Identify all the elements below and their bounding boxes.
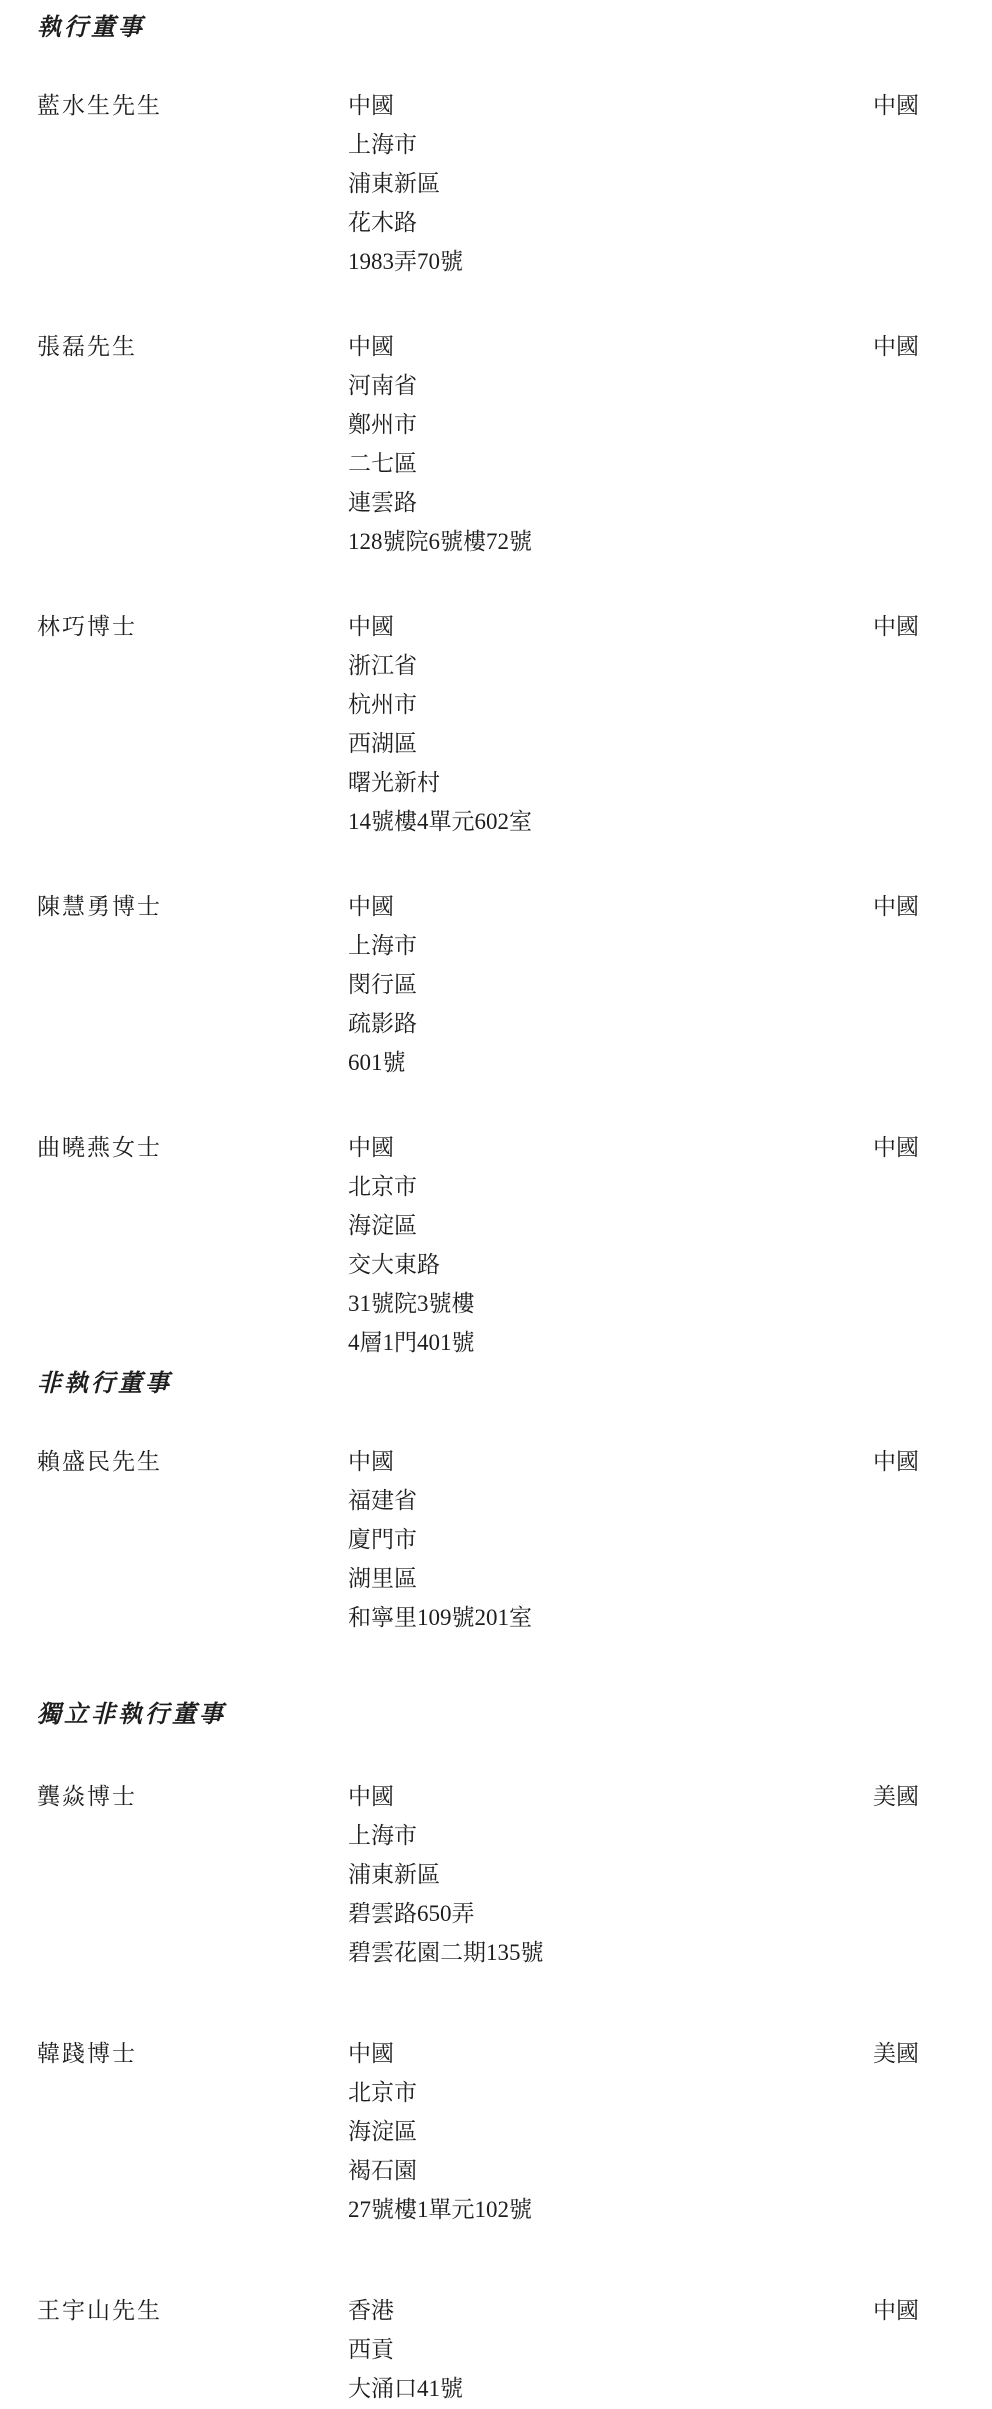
director-nationality: 中國 [873,1128,972,1167]
director-nationality: 中國 [873,887,972,926]
address-line: 福建省 [348,1481,873,1520]
director-address: 中國上海市浦東新區花木路1983弄70號 [348,86,873,281]
section-rows: 賴盛民先生 中國福建省廈門市湖里區和寧里109號201室 中國 [37,1442,972,1637]
director-section: 非執行董事 賴盛民先生 中國福建省廈門市湖里區和寧里109號201室 中國 [37,1364,972,1637]
address-line: 浦東新區 [348,164,873,203]
address-line: 浙江省 [348,646,873,685]
address-line: 疏影路 [348,1004,873,1043]
address-line: 中國 [348,607,873,646]
address-line: 中國 [348,887,873,926]
director-nationality: 中國 [873,1442,972,1481]
director-row: 陳慧勇博士 中國上海市閔行區疏影路601號 中國 [37,887,972,1082]
address-line: 海淀區 [348,1206,873,1245]
director-address: 中國上海市閔行區疏影路601號 [348,887,873,1082]
address-line: 海淀區 [348,2112,873,2151]
director-address: 中國北京市海淀區交大東路31號院3號樓4層1門401號 [348,1128,873,1362]
director-name: 張磊先生 [37,327,348,366]
director-nationality: 美國 [873,1777,972,1816]
director-name: 曲曉燕女士 [37,1128,348,1167]
address-line: 碧雲路650弄 [348,1894,873,1933]
address-line: 連雲路 [348,483,873,522]
director-address: 中國河南省鄭州市二七區連雲路128號院6號樓72號 [348,327,873,561]
address-line: 北京市 [348,1167,873,1206]
director-name: 龔焱博士 [37,1777,348,1816]
address-line: 中國 [348,1442,873,1481]
address-line: 大涌口41號 [348,2369,873,2408]
director-row: 王宇山先生 香港西貢大涌口41號 中國 [37,2291,972,2408]
address-line: 湖里區 [348,1559,873,1598]
director-nationality: 中國 [873,86,972,125]
address-line: 4層1門401號 [348,1323,873,1362]
address-line: 中國 [348,327,873,366]
director-section: 獨立非執行董事 龔焱博士 中國上海市浦東新區碧雲路650弄碧雲花園二期135號 … [37,1695,972,2408]
address-line: 浦東新區 [348,1855,873,1894]
director-name: 王宇山先生 [37,2291,348,2330]
director-name: 藍水生先生 [37,86,348,125]
directors-residence-page: 執行董事 藍水生先生 中國上海市浦東新區花木路1983弄70號 中國 張磊先生 … [0,0,992,2409]
address-line: 和寧里109號201室 [348,1598,873,1637]
address-line: 鄭州市 [348,405,873,444]
address-line: 西湖區 [348,724,873,763]
address-line: 上海市 [348,1816,873,1855]
sections-root: 執行董事 藍水生先生 中國上海市浦東新區花木路1983弄70號 中國 張磊先生 … [37,8,972,2408]
address-line: 廈門市 [348,1520,873,1559]
address-line: 香港 [348,2291,873,2330]
address-line: 閔行區 [348,965,873,1004]
director-row: 龔焱博士 中國上海市浦東新區碧雲路650弄碧雲花園二期135號 美國 [37,1777,972,1972]
director-name: 賴盛民先生 [37,1442,348,1481]
address-line: 北京市 [348,2073,873,2112]
address-line: 褐石園 [348,2151,873,2190]
address-line: 128號院6號樓72號 [348,522,873,561]
director-row: 曲曉燕女士 中國北京市海淀區交大東路31號院3號樓4層1門401號 中國 [37,1128,972,1362]
section-title: 執行董事 [37,8,972,48]
director-nationality: 中國 [873,327,972,366]
director-address: 中國福建省廈門市湖里區和寧里109號201室 [348,1442,873,1637]
address-line: 中國 [348,2034,873,2073]
section-title: 獨立非執行董事 [37,1695,972,1735]
director-address: 中國浙江省杭州市西湖區曙光新村14號樓4單元602室 [348,607,873,841]
director-row: 韓踐博士 中國北京市海淀區褐石園27號樓1單元102號 美國 [37,2034,972,2229]
address-line: 27號樓1單元102號 [348,2190,873,2229]
director-row: 張磊先生 中國河南省鄭州市二七區連雲路128號院6號樓72號 中國 [37,327,972,561]
address-line: 交大東路 [348,1245,873,1284]
director-name: 韓踐博士 [37,2034,348,2073]
address-line: 上海市 [348,926,873,965]
director-name: 陳慧勇博士 [37,887,348,926]
director-nationality: 中國 [873,607,972,646]
director-name: 林巧博士 [37,607,348,646]
section-rows: 藍水生先生 中國上海市浦東新區花木路1983弄70號 中國 張磊先生 中國河南省… [37,86,972,1362]
address-line: 中國 [348,1128,873,1167]
address-line: 河南省 [348,366,873,405]
director-address: 香港西貢大涌口41號 [348,2291,873,2408]
director-section: 執行董事 藍水生先生 中國上海市浦東新區花木路1983弄70號 中國 張磊先生 … [37,8,972,1362]
address-line: 杭州市 [348,685,873,724]
director-nationality: 中國 [873,2291,972,2330]
address-line: 二七區 [348,444,873,483]
address-line: 碧雲花園二期135號 [348,1933,873,1972]
address-line: 中國 [348,1777,873,1816]
section-title: 非執行董事 [37,1364,972,1404]
director-row: 賴盛民先生 中國福建省廈門市湖里區和寧里109號201室 中國 [37,1442,972,1637]
director-row: 藍水生先生 中國上海市浦東新區花木路1983弄70號 中國 [37,86,972,281]
director-address: 中國上海市浦東新區碧雲路650弄碧雲花園二期135號 [348,1777,873,1972]
director-address: 中國北京市海淀區褐石園27號樓1單元102號 [348,2034,873,2229]
address-line: 曙光新村 [348,763,873,802]
address-line: 上海市 [348,125,873,164]
address-line: 中國 [348,86,873,125]
address-line: 14號樓4單元602室 [348,802,873,841]
address-line: 31號院3號樓 [348,1284,873,1323]
address-line: 1983弄70號 [348,242,873,281]
address-line: 西貢 [348,2330,873,2369]
director-nationality: 美國 [873,2034,972,2073]
address-line: 花木路 [348,203,873,242]
section-rows: 龔焱博士 中國上海市浦東新區碧雲路650弄碧雲花園二期135號 美國 韓踐博士 … [37,1777,972,2408]
director-row: 林巧博士 中國浙江省杭州市西湖區曙光新村14號樓4單元602室 中國 [37,607,972,841]
address-line: 601號 [348,1043,873,1082]
